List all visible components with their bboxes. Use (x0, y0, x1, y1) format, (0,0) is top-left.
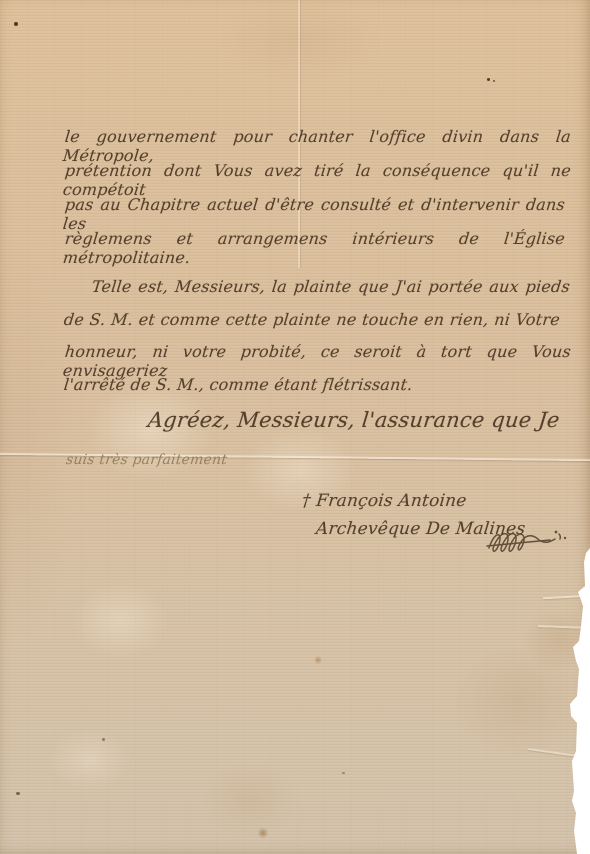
signature-name: † François Antoine (301, 491, 468, 511)
letter-line: Telle est, Messieurs, la plainte que J'a… (91, 277, 571, 296)
edge-crease (543, 595, 589, 599)
closing-formula-faded: suis très parfaitement (65, 452, 228, 468)
letter-line: prétention dont Vous avez tiré la conséq… (62, 161, 572, 199)
ink-speck (16, 792, 20, 795)
ink-speck (342, 772, 345, 774)
paper-sheet: le gouvernement pour chanter l'office di… (0, 0, 590, 854)
ink-speck (102, 738, 105, 741)
ink-speck (14, 22, 18, 26)
letter-line: le gouvernement pour chanter l'office di… (62, 127, 572, 165)
signature-name-text: François Antoine (315, 491, 467, 511)
ink-speck (493, 80, 495, 82)
letter-line: règlemens et arrangemens intérieurs de l… (62, 229, 566, 267)
signature-cross-mark: † (301, 491, 312, 511)
letter-line: l'arrêté de S. M., comme étant flétrissa… (63, 375, 414, 394)
letter-line: pas au Chapitre actuel d'être consulté e… (62, 195, 566, 233)
signature-paraph-flourish-icon (486, 524, 574, 566)
edge-crease (528, 748, 586, 758)
scanned-letter-scene: le gouvernement pour chanter l'office di… (0, 0, 590, 854)
closing-formula: Agréez, Messieurs, l'assurance que Je (147, 408, 561, 432)
letter-line: de S. M. et comme cette plainte ne touch… (63, 310, 561, 329)
ink-speck (487, 78, 490, 81)
edge-crease (538, 625, 588, 629)
